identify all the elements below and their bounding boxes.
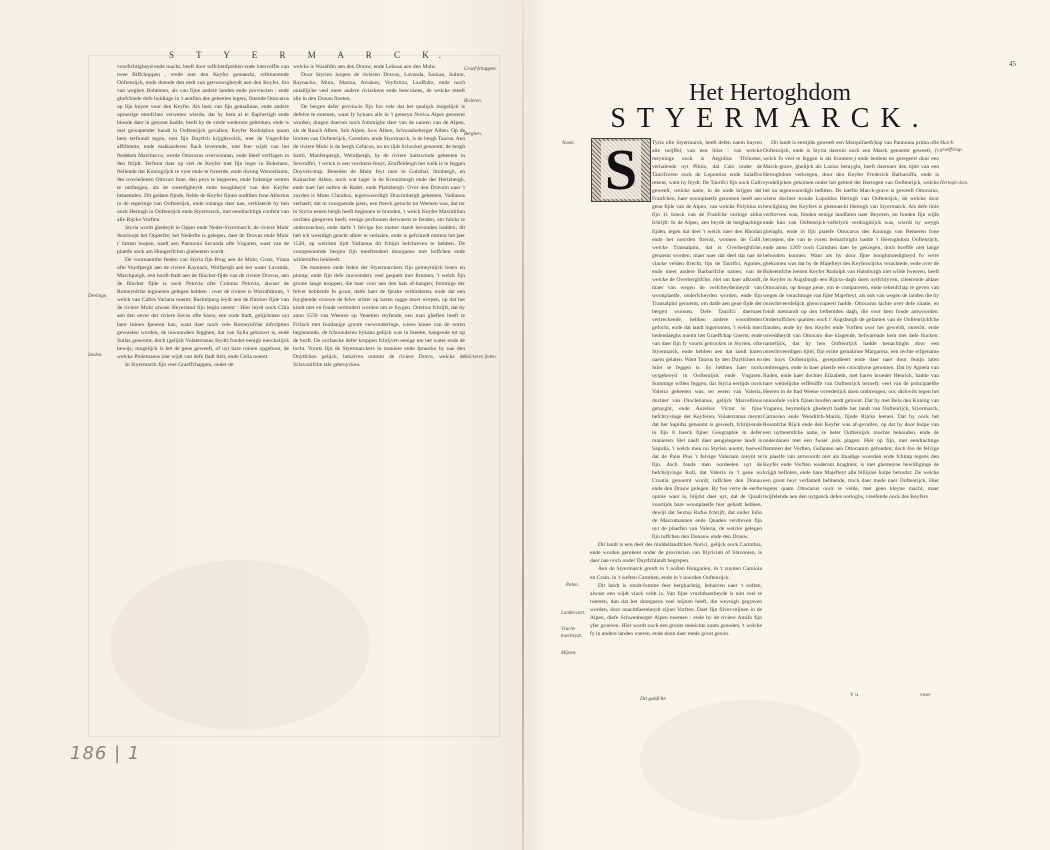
margin-note: Naem. [562, 140, 575, 147]
right-page-column-1: Tyria ofte Styermarck, heeft defen naem … [590, 139, 762, 638]
paragraph: Dit landt is rondt-fomme feer berghachti… [590, 582, 762, 638]
margin-note: Hertogh-dom. [940, 180, 972, 187]
paragraph: Dit landt is een deel des middellandfche… [590, 541, 762, 565]
signature-mark: V u [850, 692, 858, 698]
running-head: S T Y E R M A R C K. [120, 50, 500, 60]
catchword: Dit ganfche [640, 696, 666, 702]
margin-note: Rivieren. [464, 98, 482, 105]
page-number: 45 [1009, 60, 1016, 68]
paragraph: In Styermarck fijn veel Graeffchappen, o… [117, 361, 289, 369]
paragraph: De bergen defer provincie fijn foo vele … [293, 103, 465, 264]
margin-note: Deelinge. [88, 293, 107, 300]
margin-note: Vrucht-baerheydt. [561, 626, 591, 640]
margin-note: Mijnen. [561, 650, 576, 657]
margin-note: Palen. [566, 582, 579, 589]
center-fold [522, 0, 524, 850]
left-page-column-1: voorfichtigheyd ende macht, heeft door t… [117, 63, 289, 369]
margin-note: Berghen. [464, 131, 482, 138]
chapter-title-line-2: STYERMARCK. [560, 103, 980, 135]
margin-note: Landts-aert. [561, 610, 586, 617]
paragraph: Dit landt is eertijdts geweeft een Marqu… [763, 139, 939, 501]
paragraph: Tyria ofte Styermarck, heeft defen naem … [590, 139, 762, 541]
margin-note: Volckeren feden. [464, 354, 500, 361]
pencil-inventory-note: 186 | 1 [70, 743, 140, 764]
paragraph: De manieren ende feden der Styermarckers… [293, 264, 465, 369]
paragraph: Aen de Styermarck grenft in 't ooften Hu… [590, 565, 762, 581]
left-page-column-2: welcke is Warafdin aen den Drauw, ende L… [293, 63, 465, 369]
margin-note: Steden. [88, 352, 103, 359]
paragraph: Styria wordt ghedeylt in Opper ende Nede… [117, 224, 289, 256]
paragraph: Door Styrien loopen de rivieren Dravus, … [293, 71, 465, 103]
catchword: voor- [920, 692, 932, 698]
margin-note: Graef-fchappen. [464, 66, 500, 73]
paragraph: De voornaemfte fteden van Styria fijn Br… [117, 256, 289, 361]
book-spread: S T Y E R M A R C K. voorfichtigheyd end… [0, 0, 1050, 850]
paragraph: voorfichtigheyd ende macht, heeft door t… [117, 63, 289, 224]
left-page: S T Y E R M A R C K. voorfichtigheyd end… [0, 0, 520, 850]
paragraph: welcke is Warafdin aen den Drauw, ende L… [293, 63, 465, 71]
margin-note: Marck-graeffchap. [940, 140, 972, 154]
right-page-column-2: Dit landt is eertijdts geweeft een Marqu… [763, 139, 939, 501]
